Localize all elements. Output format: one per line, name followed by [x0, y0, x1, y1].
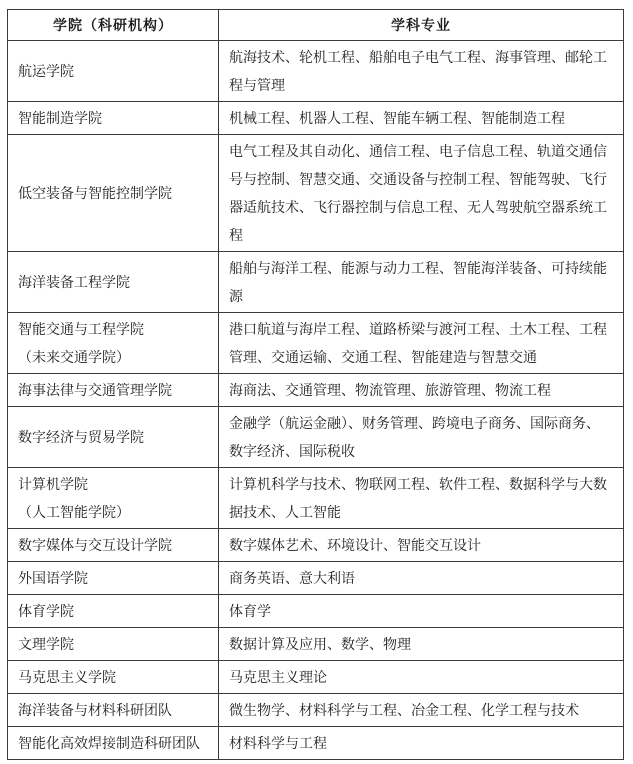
college-column-header: 学院（科研机构） [8, 10, 219, 41]
table-row: 海洋装备工程学院船舶与海洋工程、能源与动力工程、智能海洋装备、可持续能源 [8, 252, 624, 313]
table-row: 马克思主义学院马克思主义理论 [8, 661, 624, 694]
majors-cell: 港口航道与海岸工程、道路桥梁与渡河工程、土木工程、工程管理、交通运输、交通工程、… [219, 313, 624, 374]
majors-cell: 微生物学、材料科学与工程、冶金工程、化学工程与技术 [219, 694, 624, 727]
college-cell: 智能交通与工程学院 （未来交通学院） [8, 313, 219, 374]
table-row: 智能制造学院机械工程、机器人工程、智能车辆工程、智能制造工程 [8, 102, 624, 135]
college-cell: 外国语学院 [8, 562, 219, 595]
table-row: 体育学院体育学 [8, 595, 624, 628]
college-cell: 海洋装备工程学院 [8, 252, 219, 313]
majors-cell: 马克思主义理论 [219, 661, 624, 694]
majors-cell: 材料科学与工程 [219, 727, 624, 760]
college-cell: 智能制造学院 [8, 102, 219, 135]
table-row: 智能交通与工程学院 （未来交通学院）港口航道与海岸工程、道路桥梁与渡河工程、土木… [8, 313, 624, 374]
table-row: 智能化高效焊接制造科研团队材料科学与工程 [8, 727, 624, 760]
college-cell: 数字媒体与交互设计学院 [8, 529, 219, 562]
majors-cell: 机械工程、机器人工程、智能车辆工程、智能制造工程 [219, 102, 624, 135]
college-cell: 低空装备与智能控制学院 [8, 135, 219, 252]
majors-column-header: 学科专业 [219, 10, 624, 41]
table-row: 航运学院航海技术、轮机工程、船舶电子电气工程、海事管理、邮轮工程与管理 [8, 41, 624, 102]
table-row: 低空装备与智能控制学院电气工程及其自动化、通信工程、电子信息工程、轨道交通信号与… [8, 135, 624, 252]
majors-cell: 体育学 [219, 595, 624, 628]
document-page: 学院（科研机构） 学科专业 航运学院航海技术、轮机工程、船舶电子电气工程、海事管… [0, 0, 633, 764]
college-cell: 航运学院 [8, 41, 219, 102]
table-row: 外国语学院商务英语、意大利语 [8, 562, 624, 595]
majors-cell: 数据计算及应用、数学、物理 [219, 628, 624, 661]
table-row: 海事法律与交通管理学院海商法、交通管理、物流管理、旅游管理、物流工程 [8, 374, 624, 407]
table-body: 航运学院航海技术、轮机工程、船舶电子电气工程、海事管理、邮轮工程与管理智能制造学… [8, 41, 624, 760]
table-head: 学院（科研机构） 学科专业 [8, 10, 624, 41]
college-cell: 海洋装备与材料科研团队 [8, 694, 219, 727]
majors-cell: 计算机科学与技术、物联网工程、软件工程、数据科学与大数据技术、人工智能 [219, 468, 624, 529]
majors-cell: 船舶与海洋工程、能源与动力工程、智能海洋装备、可持续能源 [219, 252, 624, 313]
college-cell: 体育学院 [8, 595, 219, 628]
college-cell: 智能化高效焊接制造科研团队 [8, 727, 219, 760]
college-cell: 文理学院 [8, 628, 219, 661]
college-cell: 计算机学院 （人工智能学院） [8, 468, 219, 529]
table-row: 数字媒体与交互设计学院数字媒体艺术、环境设计、智能交互设计 [8, 529, 624, 562]
majors-cell: 航海技术、轮机工程、船舶电子电气工程、海事管理、邮轮工程与管理 [219, 41, 624, 102]
college-cell: 数字经济与贸易学院 [8, 407, 219, 468]
table-row: 文理学院数据计算及应用、数学、物理 [8, 628, 624, 661]
table-row: 计算机学院 （人工智能学院）计算机科学与技术、物联网工程、软件工程、数据科学与大… [8, 468, 624, 529]
majors-cell: 电气工程及其自动化、通信工程、电子信息工程、轨道交通信号与控制、智慧交通、交通设… [219, 135, 624, 252]
majors-cell: 商务英语、意大利语 [219, 562, 624, 595]
majors-cell: 金融学（航运金融）、财务管理、跨境电子商务、国际商务、数字经济、国际税收 [219, 407, 624, 468]
college-cell: 海事法律与交通管理学院 [8, 374, 219, 407]
header-row: 学院（科研机构） 学科专业 [8, 10, 624, 41]
college-cell: 马克思主义学院 [8, 661, 219, 694]
table-row: 数字经济与贸易学院金融学（航运金融）、财务管理、跨境电子商务、国际商务、数字经济… [8, 407, 624, 468]
table-row: 海洋装备与材料科研团队微生物学、材料科学与工程、冶金工程、化学工程与技术 [8, 694, 624, 727]
majors-cell: 海商法、交通管理、物流管理、旅游管理、物流工程 [219, 374, 624, 407]
majors-cell: 数字媒体艺术、环境设计、智能交互设计 [219, 529, 624, 562]
college-majors-table: 学院（科研机构） 学科专业 航运学院航海技术、轮机工程、船舶电子电气工程、海事管… [7, 9, 624, 760]
